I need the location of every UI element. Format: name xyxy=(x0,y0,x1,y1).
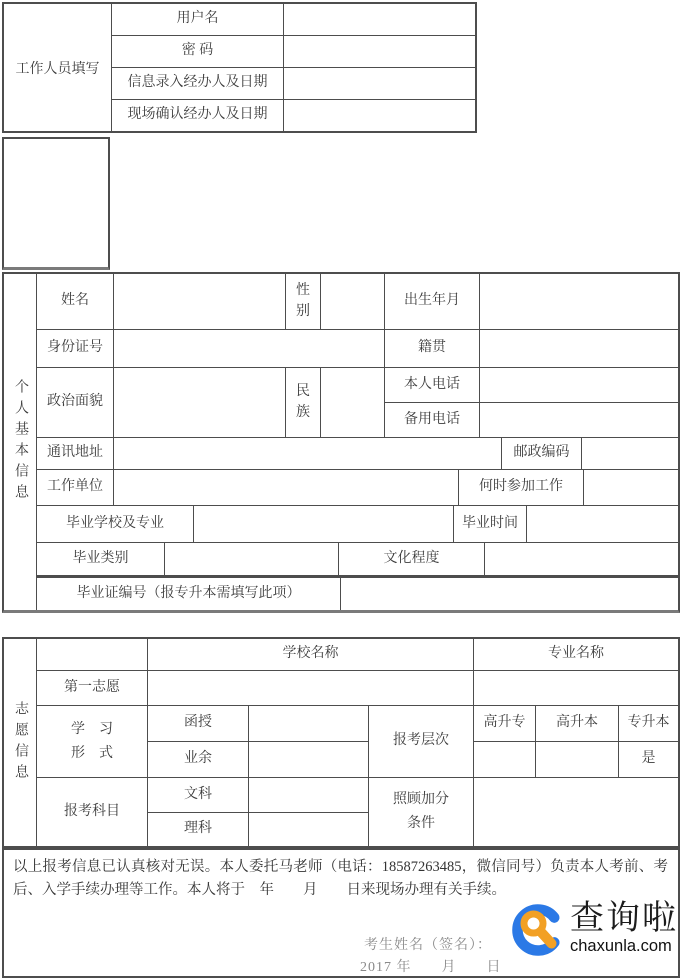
volunteer-info-table: 志愿信息 学校名称 专业名称 第一志愿 学 习 形 式 函授 xyxy=(2,637,680,848)
edu-level-input-cell xyxy=(485,543,678,575)
row-gradtype-edulevel: 毕业类别 文化程度 xyxy=(37,543,678,576)
entry-agent-value-cell xyxy=(284,68,475,99)
liberal-arts-label: 文科 xyxy=(148,778,249,812)
correspondence-row: 函授 xyxy=(148,706,368,742)
apply-level-label: 报考层次 xyxy=(368,706,474,777)
staff-section-label: 工作人员填写 xyxy=(4,4,112,131)
name-label: 姓名 xyxy=(37,274,114,329)
native-place-input-cell xyxy=(480,330,678,367)
bonus-label-line1: 照顾加分 xyxy=(393,788,449,812)
level-option-gaoshengben: 高升本 xyxy=(536,706,619,741)
study-form-label-line2: 形 式 xyxy=(71,742,113,766)
study-form-level-block: 学 习 形 式 函授 业余 报考层次 高升专 高升本 专升本 xyxy=(37,706,678,778)
logo-domain-text: chaxunla.com xyxy=(570,937,678,956)
photo-box xyxy=(2,137,110,270)
native-place-label: 籍贯 xyxy=(385,330,480,367)
password-label: 密 码 xyxy=(112,36,284,67)
study-form-label: 学 习 形 式 xyxy=(37,706,148,777)
logo-texts: 查询啦 chaxunla.com xyxy=(570,900,678,956)
bonus-input-cell xyxy=(474,778,678,846)
level-select-cell-2 xyxy=(536,742,619,777)
apply-level-options-row: 高升专 高升本 专升本 xyxy=(474,706,678,742)
name-input-cell xyxy=(114,274,286,329)
personal-section-label: 个人基本信息 xyxy=(4,274,37,610)
row-political-ethnic-phones: 政治面貌 民族 本人电话 备用电话 xyxy=(37,368,678,438)
staff-row-confirm-agent: 现场确认经办人及日期 xyxy=(112,100,475,131)
diploma-number-label: 毕业证编号（报专升本需填写此项） xyxy=(37,578,341,610)
row-diploma-number: 毕业证编号（报专升本需填写此项） xyxy=(37,576,678,610)
parttime-row: 业余 xyxy=(148,742,368,777)
gender-label: 性别 xyxy=(286,274,321,329)
diploma-number-input-cell xyxy=(341,578,678,610)
liberal-arts-input-cell xyxy=(249,778,368,812)
staff-row-entry-agent: 信息录入经办人及日期 xyxy=(112,68,475,100)
apply-level-selection-row: 是 xyxy=(474,742,678,777)
parttime-input-cell xyxy=(249,742,368,777)
bonus-label: 照顾加分 条件 xyxy=(368,778,474,846)
phones-stack: 本人电话 备用电话 xyxy=(385,368,678,437)
volunteer-section-label: 志愿信息 xyxy=(4,639,37,846)
row-id-native: 身份证号 籍贯 xyxy=(37,330,678,368)
work-start-input-cell xyxy=(584,470,678,505)
employer-input-cell xyxy=(114,470,459,505)
parttime-label: 业余 xyxy=(148,742,249,777)
grad-time-label: 毕业时间 xyxy=(454,506,527,542)
political-status-input-cell xyxy=(114,368,286,437)
staff-row-password: 密 码 xyxy=(112,36,475,68)
work-start-label: 何时参加工作 xyxy=(459,470,584,505)
birth-input-cell xyxy=(480,274,678,329)
row-address-postcode: 通讯地址 邮政编码 xyxy=(37,438,678,470)
science-label: 理科 xyxy=(148,813,249,847)
science-input-cell xyxy=(249,813,368,847)
subject-label: 报考科目 xyxy=(37,778,148,846)
signature-name-label: 考生姓名（签名）： xyxy=(364,934,492,954)
alt-phone-label: 备用电话 xyxy=(385,403,480,437)
confirm-agent-label: 现场确认经办人及日期 xyxy=(112,100,284,131)
first-choice-label: 第一志愿 xyxy=(37,671,148,705)
liberal-arts-row: 文科 xyxy=(148,778,368,813)
staff-row-username: 用户名 xyxy=(112,4,475,36)
grad-category-label: 毕业类别 xyxy=(37,543,165,575)
bonus-label-line2: 条件 xyxy=(407,812,435,836)
staff-table: 工作人员填写 用户名 密 码 信息录入经办人及日期 现场确认经办人及日期 xyxy=(2,2,477,133)
school-name-header: 学校名称 xyxy=(148,639,474,670)
first-choice-row: 第一志愿 xyxy=(37,671,678,706)
first-choice-major-cell xyxy=(474,671,678,705)
entry-agent-label: 信息录入经办人及日期 xyxy=(112,68,284,99)
logo-brand-text: 查询啦 xyxy=(570,900,678,937)
first-choice-school-cell xyxy=(148,671,474,705)
row-name-gender-birth: 姓名 性别 出生年月 xyxy=(37,274,678,330)
signature-date-line: 2017 年 月 日 xyxy=(360,956,502,976)
declaration-block: 以上报考信息已认真核对无误。本人委托马老师（电话：18587263485，微信同… xyxy=(2,848,680,978)
row-alt-phone: 备用电话 xyxy=(385,403,678,437)
political-status-label: 政治面貌 xyxy=(37,368,114,437)
correspondence-input-cell xyxy=(249,706,368,741)
birth-label: 出生年月 xyxy=(385,274,480,329)
personal-info-table: 个人基本信息 姓名 性别 出生年月 身份证号 籍贯 政治面貌 民族 本人电话 xyxy=(2,272,680,613)
subject-options-stack: 文科 理科 xyxy=(148,778,368,846)
row-school-gradtime: 毕业学校及专业 毕业时间 xyxy=(37,506,678,543)
watermark-logo: 查询啦 chaxunla.com xyxy=(508,900,678,965)
form-document: { "staff_section": { "label": "工作人员填写", … xyxy=(0,0,682,980)
grad-school-input-cell xyxy=(194,506,454,542)
level-select-cell-1 xyxy=(474,742,536,777)
gender-input-cell xyxy=(321,274,385,329)
magnifier-logo-icon xyxy=(508,900,566,965)
apply-level-options-stack: 高升专 高升本 专升本 是 xyxy=(474,706,678,777)
subjects-bonus-block: 报考科目 文科 理科 照顾加分 条件 xyxy=(37,778,678,846)
ethnic-input-cell xyxy=(321,368,385,437)
username-label: 用户名 xyxy=(112,4,284,35)
ethnic-label: 民族 xyxy=(286,368,321,437)
level-option-zhuanshengben: 专升本 xyxy=(619,706,678,741)
row-phone: 本人电话 xyxy=(385,368,678,403)
volunteer-header-row: 学校名称 专业名称 xyxy=(37,639,678,671)
study-form-label-line1: 学 习 xyxy=(71,718,113,742)
postcode-input-cell xyxy=(582,438,678,469)
password-value-cell xyxy=(284,36,475,67)
grad-time-input-cell xyxy=(527,506,678,542)
edu-level-label: 文化程度 xyxy=(339,543,485,575)
username-value-cell xyxy=(284,4,475,35)
postcode-label: 邮政编码 xyxy=(502,438,582,469)
alt-phone-input-cell xyxy=(480,403,678,437)
major-name-header: 专业名称 xyxy=(474,639,678,670)
study-form-options-stack: 函授 业余 xyxy=(148,706,368,777)
phone-input-cell xyxy=(480,368,678,402)
level-option-gaoshengzhuan: 高升专 xyxy=(474,706,536,741)
grad-school-label: 毕业学校及专业 xyxy=(37,506,194,542)
phone-label: 本人电话 xyxy=(385,368,480,402)
volunteer-header-blank-cell xyxy=(37,639,148,670)
address-input-cell xyxy=(114,438,502,469)
id-number-label: 身份证号 xyxy=(37,330,114,367)
address-label: 通讯地址 xyxy=(37,438,114,469)
declaration-text: 以上报考信息已认真核对无误。本人委托马老师（电话：18587263485，微信同… xyxy=(4,850,678,903)
id-number-input-cell xyxy=(114,330,385,367)
correspondence-label: 函授 xyxy=(148,706,249,741)
level-select-cell-3: 是 xyxy=(619,742,678,777)
employer-label: 工作单位 xyxy=(37,470,114,505)
row-employer-workstart: 工作单位 何时参加工作 xyxy=(37,470,678,506)
science-row: 理科 xyxy=(148,813,368,847)
confirm-agent-value-cell xyxy=(284,100,475,131)
grad-category-input-cell xyxy=(165,543,339,575)
